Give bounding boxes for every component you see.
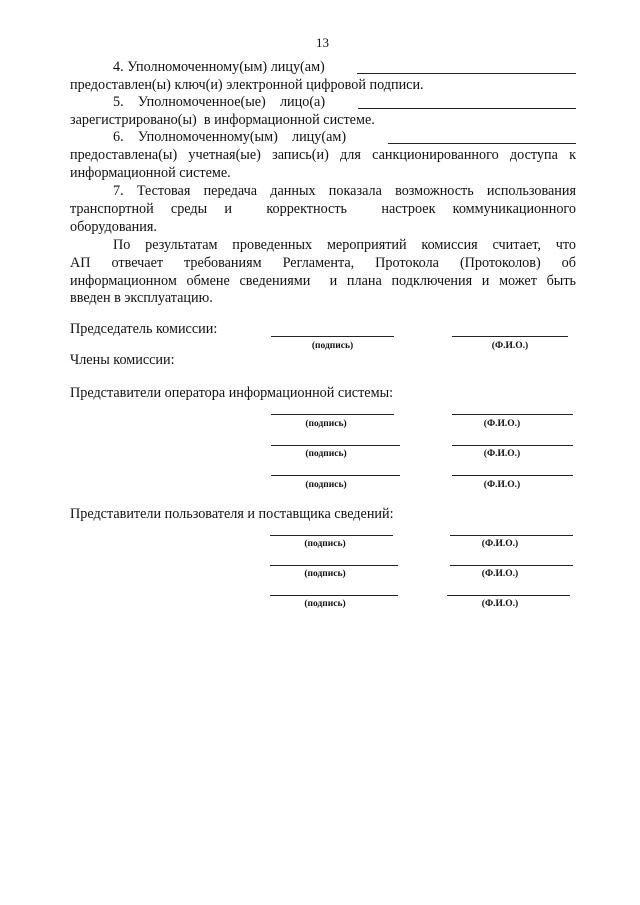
item-5-blank-field[interactable] (358, 108, 576, 109)
item-5-line-1: 5. Уполномоченное(ые) лицо(а) (113, 93, 325, 111)
user-rep-3-signature-line[interactable] (270, 595, 398, 596)
user-rep-2-name-line[interactable] (450, 565, 573, 566)
item-6-line-1: 6. Уполномоченному(ым) лицу(ам) (113, 128, 346, 146)
operator-rep-3-name-caption: (Ф.И.О.) (452, 480, 552, 490)
user-rep-3-name-line[interactable] (447, 595, 570, 596)
chairman-signature-caption: (подпись) (271, 341, 394, 351)
operator-rep-3-signature-caption: (подпись) (271, 480, 381, 490)
conclusion-line-2: АП отвечает требованиям Регламента, Прот… (70, 254, 576, 272)
operator-rep-1-name-line[interactable] (452, 414, 573, 415)
document-page: 13 4. Уполномоченному(ым) лицу(ам) предо… (0, 0, 640, 905)
chairman-signature-line[interactable] (271, 336, 394, 337)
user-rep-3-name-caption: (Ф.И.О.) (450, 599, 550, 609)
item-6-line-3: информационной системе. (70, 164, 576, 182)
user-rep-1-signature-caption: (подпись) (270, 539, 380, 549)
item-4-blank-field[interactable] (357, 73, 576, 74)
item-5-line-2: зарегистрировано(ы) в информационной сис… (70, 111, 576, 129)
members-label: Члены комиссии: (70, 352, 175, 369)
user-rep-3-signature-caption: (подпись) (270, 599, 380, 609)
operator-rep-1-signature-line[interactable] (271, 414, 394, 415)
item-7-line-3: оборудования. (70, 218, 576, 236)
operator-rep-3-signature-line[interactable] (271, 475, 400, 476)
conclusion-line-1: По результатам проведенных мероприятий к… (113, 236, 576, 254)
operator-rep-3-name-line[interactable] (452, 475, 573, 476)
user-rep-1-name-caption: (Ф.И.О.) (450, 539, 550, 549)
item-6-line-2: предоставлена(ы) учетная(ые) запись(и) д… (70, 146, 576, 164)
conclusion-line-3: информационном обмене сведениями и плана… (70, 272, 576, 290)
operator-rep-2-name-line[interactable] (452, 445, 573, 446)
operator-rep-2-signature-caption: (подпись) (271, 449, 381, 459)
item-4-line-2: предоставлен(ы) ключ(и) электронной цифр… (70, 76, 576, 94)
operator-rep-1-name-caption: (Ф.И.О.) (452, 419, 552, 429)
page-number: 13 (316, 35, 329, 51)
user-rep-2-signature-caption: (подпись) (270, 569, 380, 579)
operator-rep-1-signature-caption: (подпись) (271, 419, 381, 429)
conclusion-line-4: введен в эксплуатацию. (70, 289, 576, 307)
user-rep-1-name-line[interactable] (450, 535, 573, 536)
item-7-line-2: транспортной среды и корректность настро… (70, 200, 576, 218)
item-6-blank-field[interactable] (388, 143, 576, 144)
user-rep-2-signature-line[interactable] (270, 565, 398, 566)
chairman-label: Председатель комиссии: (70, 321, 217, 338)
item-7-line-1: 7. Тестовая передача данных показала воз… (113, 182, 576, 200)
user-rep-2-name-caption: (Ф.И.О.) (450, 569, 550, 579)
operator-reps-label: Представители оператора информационной с… (70, 385, 393, 402)
operator-rep-2-name-caption: (Ф.И.О.) (452, 449, 552, 459)
item-4-line-1: 4. Уполномоченному(ым) лицу(ам) (113, 58, 325, 76)
operator-rep-2-signature-line[interactable] (271, 445, 400, 446)
chairman-name-caption: (Ф.И.О.) (452, 341, 568, 351)
user-reps-label: Представители пользователя и поставщика … (70, 506, 394, 523)
chairman-name-line[interactable] (452, 336, 568, 337)
user-rep-1-signature-line[interactable] (270, 535, 393, 536)
